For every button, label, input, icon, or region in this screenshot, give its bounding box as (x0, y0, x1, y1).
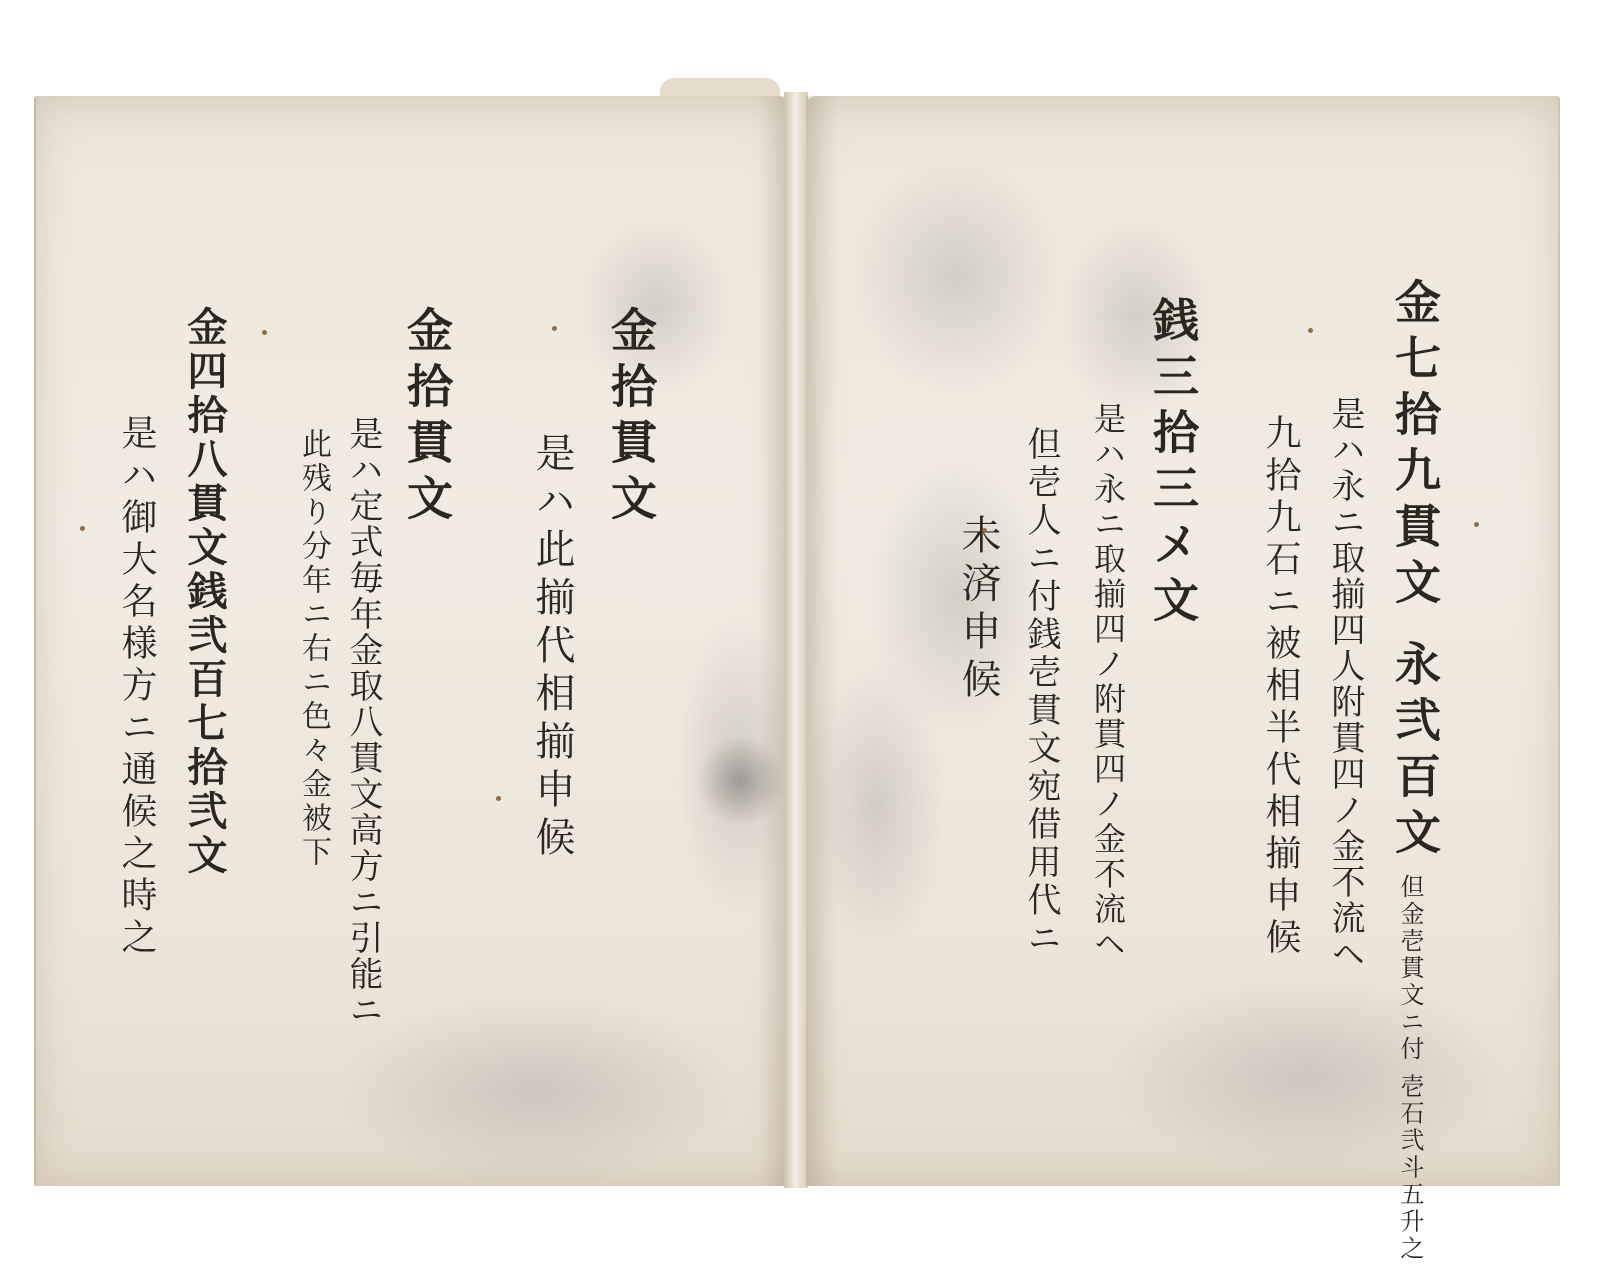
left-col-7: 是ハ御大名様方ニ通候之時之 (118, 414, 154, 960)
open-book: 金拾貫文 是ハ此揃代相揃申候 金拾貫文 是ハ定式毎年金取八貫文高方ニ引能ニ 此残… (0, 0, 1600, 1279)
foxing-dot (496, 796, 501, 801)
left-col-5: 此残り分年ニ右ニ色々金被下 (298, 428, 328, 870)
right-col-4-annotation: 但金壱貫文ニ付 壱石弐斗五升之 (1398, 874, 1422, 1263)
right-col-3: 九拾九石ニ被相半代相揃申候 (1262, 414, 1298, 960)
foxing-dot (552, 326, 557, 331)
right-col-5: 銭三拾三メ文 (1150, 296, 1196, 632)
right-col-8: 未済申候 (958, 514, 998, 706)
book-spine (784, 92, 808, 1188)
left-col-6: 金四拾八貫文銭弐百七拾弐文 (184, 306, 224, 878)
left-page: 金拾貫文 是ハ此揃代相揃申候 金拾貫文 是ハ定式毎年金取八貫文高方ニ引能ニ 此残… (34, 96, 788, 1186)
right-col-7: 但壱人ニ付銭壱貫文宛借用代ニ (1024, 426, 1058, 958)
right-col-2: 是ハ永ニ取揃四人附貫四ノ金不流ヘ (1328, 396, 1362, 972)
right-col-6: 是ハ永ニ取揃四ノ附貫四ノ金不流ヘ (1092, 402, 1124, 962)
right-page: 金七拾九貫文 永弐百文 是ハ永ニ取揃四人附貫四ノ金不流ヘ 九拾九石ニ被相半代相揃… (806, 96, 1560, 1186)
left-col-2: 是ハ此揃代相揃申候 (532, 432, 572, 864)
foxing-dot (982, 528, 987, 533)
left-col-4: 是ハ定式毎年金取八貫文高方ニ引能ニ (346, 416, 380, 1028)
foxing-dot (1474, 522, 1479, 527)
left-col-1: 金拾貫文 (608, 306, 654, 530)
foxing-dot (262, 330, 267, 335)
foxing-dot (80, 526, 85, 531)
right-col-1: 金七拾九貫文 永弐百文 (1392, 278, 1438, 864)
foxing-dot (1308, 328, 1313, 333)
left-col-3: 金拾貫文 (404, 306, 450, 530)
